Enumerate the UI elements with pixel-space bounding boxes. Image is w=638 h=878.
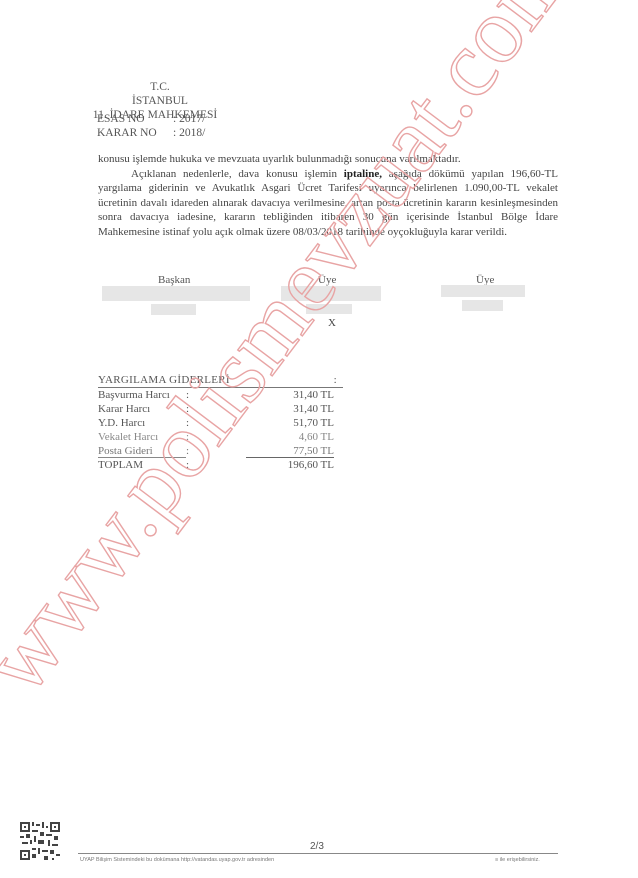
cost-row: Karar Harcı:31,40 TL <box>98 402 343 416</box>
decision-text: konusu işlemde hukuka ve mevzuata uyarlı… <box>98 152 558 240</box>
paragraph-1: konusu işlemde hukuka ve mevzuata uyarlı… <box>98 152 558 167</box>
redacted-member1-id <box>306 304 352 314</box>
costs-title: YARGILAMA GİDERLERİ: <box>98 374 343 388</box>
redacted-member1-name <box>281 286 381 301</box>
cost-name: Y.D. Harcı <box>98 416 186 430</box>
cost-colon: : <box>186 430 246 444</box>
cost-amount: 4,60 TL <box>246 430 334 444</box>
watermark-text: www.polismevzuat.com <box>0 0 591 713</box>
cost-amount: 51,70 TL <box>246 416 334 430</box>
esas-label: ESAS NO <box>97 112 173 126</box>
court-costs-table: YARGILAMA GİDERLERİ: Başvurma Harcı:31,4… <box>98 374 343 472</box>
cost-name: TOPLAM <box>98 458 186 472</box>
cost-amount: 77,50 TL <box>246 444 334 458</box>
cost-total-row: TOPLAM:196,60 TL <box>98 458 343 472</box>
document-page: T.C. İSTANBUL 11. İDARE MAHKEMESİ ESAS N… <box>0 0 638 878</box>
iptaline-bold: iptaline, <box>344 168 382 180</box>
footer-access-note: ≡ ile erişebilirsiniz. <box>495 857 540 863</box>
cost-name: Karar Harcı <box>98 402 186 416</box>
cost-colon: : <box>186 388 246 402</box>
cost-row: Vekalet Harcı:4,60 TL <box>98 430 343 444</box>
dissent-mark: X <box>328 317 336 329</box>
cost-amount: 31,40 TL <box>246 388 334 402</box>
cost-colon: : <box>186 416 246 430</box>
cost-amount: 196,60 TL <box>246 458 334 472</box>
paragraph-2: Açıklanan nedenlerle, dava konusu işlemi… <box>98 167 558 240</box>
signature-member1-label: Üye <box>318 274 336 286</box>
cost-colon: : <box>186 458 246 472</box>
cost-colon: : <box>186 444 246 458</box>
cost-amount: 31,40 TL <box>246 402 334 416</box>
footer-uyap-note: UYAP Bilişim Sistemindeki bu dokümana ht… <box>80 857 274 863</box>
karar-label: KARAR NO <box>97 126 173 140</box>
cost-row: Y.D. Harcı:51,70 TL <box>98 416 343 430</box>
redacted-president-id <box>151 304 196 315</box>
footer-divider <box>78 853 558 854</box>
redacted-member2-id <box>462 300 503 311</box>
esas-value: : 2017/ <box>173 112 205 126</box>
cost-name: Posta Gideri <box>98 444 186 458</box>
header-city: İSTANBUL <box>90 94 230 108</box>
redacted-president-name <box>102 286 250 301</box>
page-number: 2/3 <box>310 841 324 852</box>
redacted-member2-name <box>441 285 525 297</box>
cost-name: Vekalet Harcı <box>98 430 186 444</box>
cost-row: Posta Gideri:77,50 TL <box>98 444 343 458</box>
header-tc: T.C. <box>90 80 230 94</box>
case-numbers: ESAS NO: 2017/ KARAR NO: 2018/ <box>97 112 205 140</box>
cost-name: Başvurma Harcı <box>98 388 186 402</box>
karar-value: : 2018/ <box>173 126 205 140</box>
qr-code-icon <box>20 822 60 860</box>
signature-president-label: Başkan <box>158 274 190 286</box>
cost-row: Başvurma Harcı:31,40 TL <box>98 388 343 402</box>
cost-colon: : <box>186 402 246 416</box>
